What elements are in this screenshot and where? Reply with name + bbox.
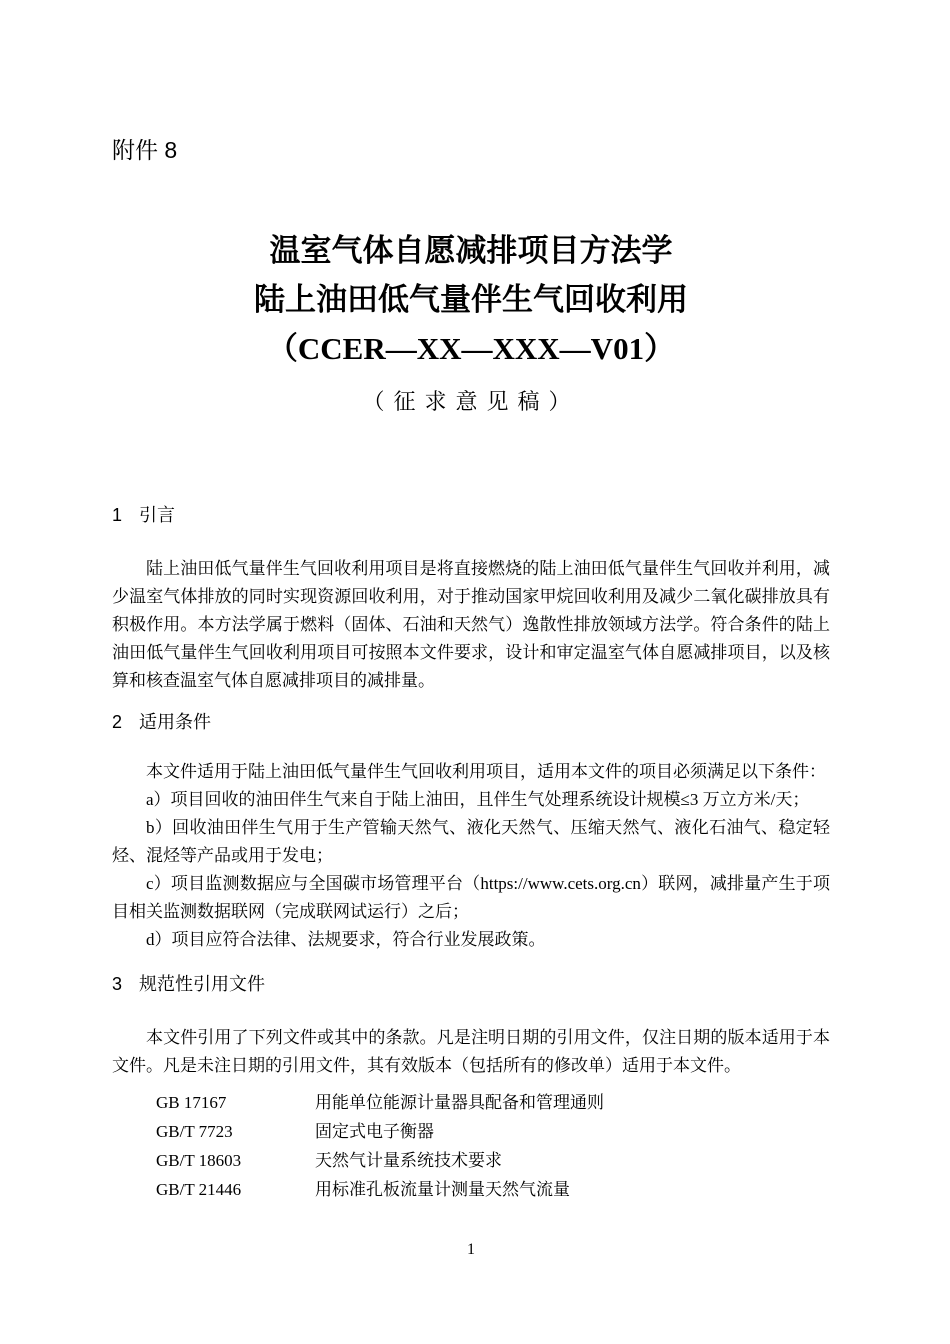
- draft-status-note: （征求意见稿）: [112, 387, 830, 417]
- condition-item-a: a）项目回收的油田伴生气来自于陆上油田，且伴生气处理系统设计规模≤3 万立方米/…: [112, 786, 830, 814]
- section-1-title: 引言: [139, 505, 175, 525]
- section-3-heading: 3规范性引用文件: [112, 972, 830, 996]
- title-line-3-code: （CCER—XX—XXX—V01）: [112, 324, 830, 373]
- document-title: 温室气体自愿减排项目方法学 陆上油田低气量伴生气回收利用 （CCER—XX—XX…: [112, 226, 830, 373]
- reference-title: 用能单位能源计量器具配备和管理通则: [315, 1088, 830, 1117]
- section-2-number: 2: [112, 710, 122, 734]
- reference-title: 用标准孔板流量计测量天然气流量: [315, 1175, 830, 1204]
- reference-code: GB/T 18603: [156, 1146, 315, 1175]
- attachment-label: 附件 8: [112, 0, 830, 164]
- reference-row: GB/T 18603 天然气计量系统技术要求: [156, 1146, 830, 1175]
- reference-row: GB 17167 用能单位能源计量器具配备和管理通则: [156, 1088, 830, 1117]
- section-1-heading: 1引言: [112, 503, 830, 527]
- reference-title: 固定式电子衡器: [315, 1117, 830, 1146]
- reference-row: GB/T 7723 固定式电子衡器: [156, 1117, 830, 1146]
- condition-item-b: b）回收油田伴生气用于生产管输天然气、液化天然气、压缩天然气、液化石油气、稳定轻…: [112, 814, 830, 870]
- title-line-1: 温室气体自愿减排项目方法学: [112, 226, 830, 275]
- section-1-number: 1: [112, 503, 122, 527]
- reference-code: GB/T 21446: [156, 1175, 315, 1204]
- section-3-title: 规范性引用文件: [139, 974, 265, 994]
- section-2-intro: 本文件适用于陆上油田低气量伴生气回收利用项目，适用本文件的项目必须满足以下条件：: [112, 758, 830, 786]
- document-page: 附件 8 温室气体自愿减排项目方法学 陆上油田低气量伴生气回收利用 （CCER—…: [0, 0, 950, 1344]
- condition-item-d: d）项目应符合法律、法规要求，符合行业发展政策。: [112, 926, 830, 954]
- section-1-paragraph: 陆上油田低气量伴生气回收利用项目是将直接燃烧的陆上油田低气量伴生气回收并利用，减…: [112, 555, 830, 695]
- section-2-title: 适用条件: [139, 712, 211, 732]
- reference-row: GB/T 21446 用标准孔板流量计测量天然气流量: [156, 1175, 830, 1204]
- reference-code: GB/T 7723: [156, 1117, 315, 1146]
- reference-title: 天然气计量系统技术要求: [315, 1146, 830, 1175]
- page-number: 1: [112, 1240, 830, 1260]
- section-3-paragraph: 本文件引用了下列文件或其中的条款。凡是注明日期的引用文件，仅注日期的版本适用于本…: [112, 1024, 830, 1080]
- title-line-2: 陆上油田低气量伴生气回收利用: [112, 275, 830, 324]
- reference-code: GB 17167: [156, 1088, 315, 1117]
- reference-list: GB 17167 用能单位能源计量器具配备和管理通则 GB/T 7723 固定式…: [112, 1088, 830, 1204]
- section-2-heading: 2适用条件: [112, 710, 830, 734]
- condition-item-c: c）项目监测数据应与全国碳市场管理平台（https://www.cets.org…: [112, 870, 830, 926]
- section-3-number: 3: [112, 972, 122, 996]
